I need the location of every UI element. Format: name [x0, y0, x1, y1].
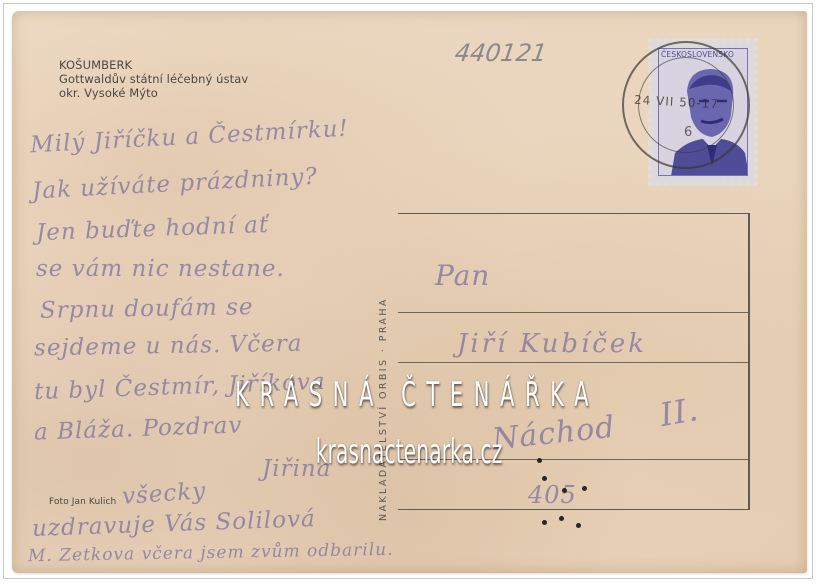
watermark-title: KRÁSNÁ ČTENÁŘKA: [157, 375, 670, 415]
ink-dot: [542, 520, 547, 525]
message-line: M. Zetkova včera jsem zvům odbarilu.: [28, 540, 394, 566]
header-institution: Gottwaldův státní léčebný ústav: [59, 72, 248, 86]
ink-dot: [576, 523, 581, 528]
ink-dot: [542, 476, 547, 481]
address-name: Jiří Kubíček: [457, 329, 647, 359]
watermark-url: krasnactenarka.cz: [164, 432, 655, 472]
ink-dot: [559, 516, 564, 521]
ink-dot: [562, 488, 567, 493]
catalog-number: 440121: [453, 39, 549, 67]
address-line: [398, 362, 748, 363]
header-district: okr. Vysoké Mýto: [59, 86, 248, 100]
address-number: 405: [528, 481, 577, 509]
message-line: Milý Jiříčku a Čestmírku!: [30, 116, 350, 159]
address-line: [398, 312, 748, 313]
photo-credit: Foto Jan Kulich: [49, 495, 116, 509]
message-line: uzdravuje Vás Solilová: [32, 506, 317, 542]
message-line: se vám nic nestane.: [36, 256, 285, 282]
message-line: Srpnu doufám se: [40, 294, 254, 324]
postcard: KOŠUMBERK Gottwaldův státní léčebný ústa…: [12, 11, 807, 573]
message-line: všecky: [121, 478, 207, 510]
message-line: Jak užíváte prázdniny?: [32, 164, 319, 205]
address-salutation: Pan: [435, 259, 490, 292]
postmark-sub: 6: [684, 125, 692, 140]
message-line: Jen buďte hodní ať: [36, 212, 270, 246]
message-line: sejdeme u nás. Včera: [34, 331, 303, 362]
header-place: KOŠUMBERK: [59, 58, 248, 72]
ink-dot: [582, 486, 587, 491]
printed-header: KOŠUMBERK Gottwaldův státní léčebný ústa…: [59, 58, 248, 100]
